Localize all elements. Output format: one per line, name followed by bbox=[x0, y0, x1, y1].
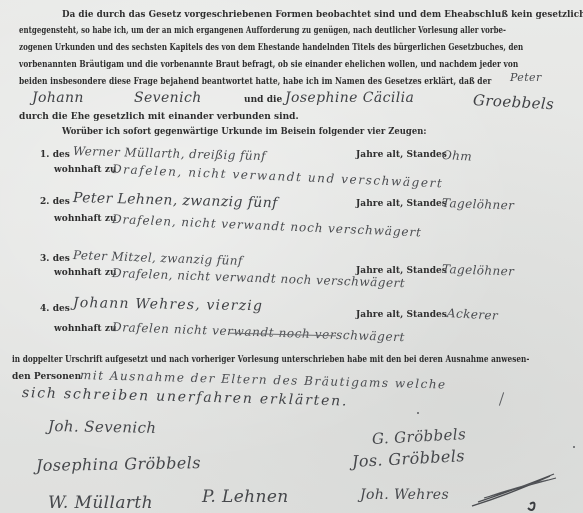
witness-1-resident: wohnhaft zu bbox=[54, 165, 117, 176]
printed-line-7: durch die Ehe gesetzlich mit einander ve… bbox=[19, 112, 299, 123]
signature-witness-4: Joh. Wehres bbox=[360, 488, 449, 502]
witness-1-name-age: Werner Müllarth, dreißig fünf bbox=[73, 144, 266, 163]
witness-1-residence: Drafelen, nicht verwandt und verschwäger… bbox=[112, 162, 444, 190]
witness-4-status: Ackerer bbox=[447, 306, 499, 323]
bride-first-names-handwritten: Josephine Cäcilia bbox=[285, 91, 414, 105]
printed-line-2: entgegensteht, so habe ich, um der an mi… bbox=[19, 26, 506, 37]
groom-first-name-handwritten: Johann bbox=[32, 91, 84, 105]
witness-2-index: 2. bbox=[40, 197, 50, 207]
witness-3-status: Tagelöhner bbox=[442, 262, 515, 279]
witness-1-index: 1. bbox=[40, 150, 50, 160]
signature-groom: Joh. Sevenich bbox=[48, 419, 157, 435]
groom-surname-handwritten: Sevenich bbox=[134, 91, 202, 105]
signature-witness-1: W. Müllarth bbox=[48, 496, 153, 510]
witness-2-number: 2. des bbox=[40, 197, 70, 208]
signature-bride: Josephina Gröbbels bbox=[36, 456, 201, 473]
ink-mark-slash bbox=[499, 392, 504, 406]
witness-3-number: 3. des bbox=[40, 254, 70, 265]
witness-1-status: Ohm bbox=[442, 148, 473, 164]
witness-4-des: des bbox=[53, 304, 70, 314]
groom-prefix-handwritten: Peter bbox=[510, 71, 542, 85]
witness-3-des: des bbox=[53, 254, 70, 264]
witness-4-resident: wohnhaft zu bbox=[54, 324, 117, 335]
ink-mark-dot bbox=[573, 446, 575, 448]
closing-print-line-1: in doppelter Urschrift aufgesetzt und na… bbox=[12, 355, 529, 366]
witness-3-index: 3. bbox=[40, 254, 50, 264]
marriage-record-page: Da die durch das Gesetz vorgeschriebenen… bbox=[0, 0, 583, 513]
printed-and-the: und die bbox=[244, 95, 282, 106]
witness-2-years-status: Jahre alt, Standes bbox=[356, 199, 447, 210]
signature-witness-2: P. Lehnen bbox=[202, 490, 289, 504]
ink-mark-period bbox=[417, 412, 419, 414]
witness-4-index: 4. bbox=[40, 304, 50, 314]
witness-2-name-age: Peter Lehnen, zwanzig fünf bbox=[73, 191, 278, 210]
witness-3-resident: wohnhaft zu bbox=[54, 268, 117, 279]
signature-bride-father-2: Jos. Gröbbels bbox=[352, 449, 466, 469]
witness-4-number: 4. des bbox=[40, 304, 70, 315]
signature-bride-father-1: G. Gröbbels bbox=[372, 427, 467, 446]
printed-line-5: beiden insbesondere diese Frage bejahend… bbox=[19, 77, 491, 88]
witness-1-years-status: Jahre alt, Standes bbox=[356, 150, 447, 161]
witness-2-residence: Drafelen, nicht verwandt noch verschwäge… bbox=[112, 212, 422, 240]
witness-1-des: des bbox=[53, 150, 70, 160]
pen-flourish bbox=[470, 466, 560, 511]
witness-intro: Worüber ich sofort gegenwärtige Urkunde … bbox=[62, 127, 426, 138]
witness-2-des: des bbox=[53, 197, 70, 207]
witness-3-name-age: Peter Mitzel, zwanzig fünf bbox=[73, 248, 243, 268]
closing-handwritten-line-2: sich schreiben unerfahren erklärten. bbox=[22, 386, 349, 409]
closing-print-line-2: den Personen bbox=[12, 372, 81, 383]
witness-4-years-status: Jahre alt, Standes bbox=[356, 310, 447, 321]
printed-line-3: zogenen Urkunden und des sechsten Kapite… bbox=[19, 43, 523, 54]
witness-4-name-age: Johann Wehres, vierzig bbox=[73, 296, 263, 313]
printed-line-4: vorbenannten Bräutigam und die vorbenann… bbox=[19, 60, 518, 71]
witness-4-residence: Drafelen nicht verwandt noch verschwäger… bbox=[112, 320, 405, 344]
witness-2-resident: wohnhaft zu bbox=[54, 214, 117, 225]
bride-surname-handwritten: Groebbels bbox=[473, 93, 555, 111]
witness-1-number: 1. des bbox=[40, 150, 70, 161]
witness-2-status: Tagelöhner bbox=[442, 196, 515, 213]
printed-line-1: Da die durch das Gesetz vorgeschriebenen… bbox=[62, 10, 583, 21]
